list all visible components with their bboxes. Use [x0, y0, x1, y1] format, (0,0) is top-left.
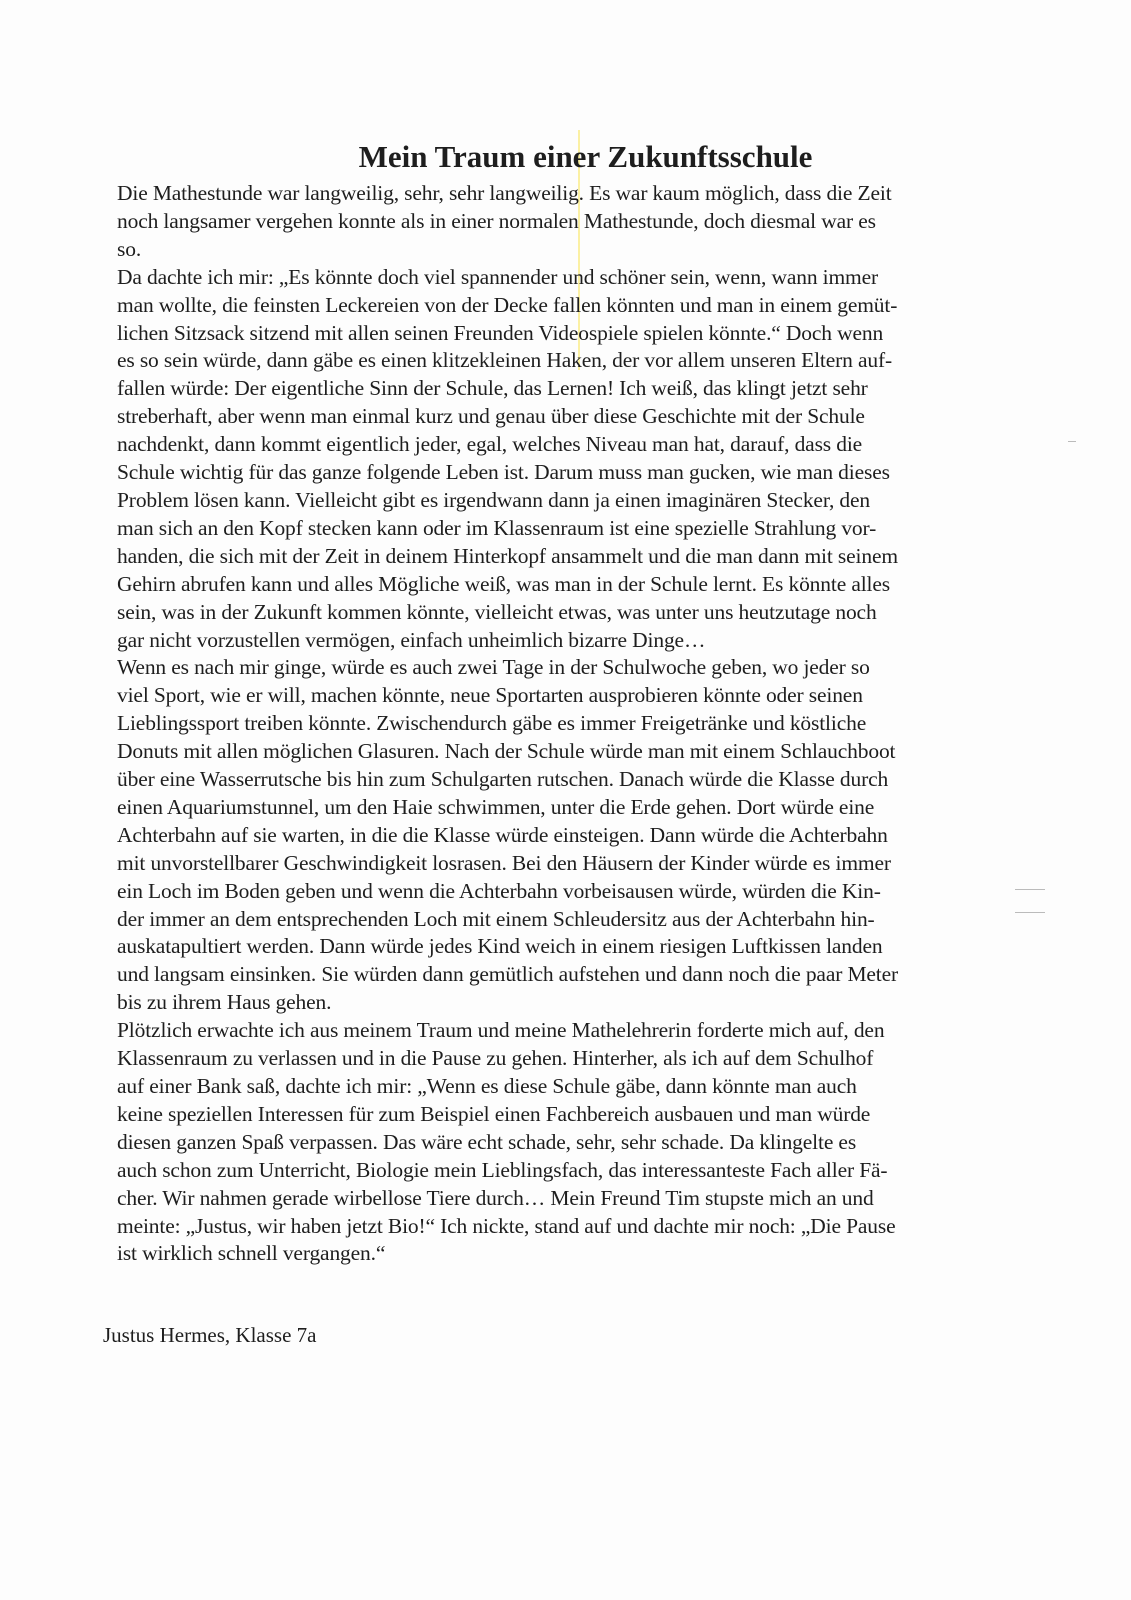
text-line: Achterbahn auf sie warten, in die die Kl… — [117, 822, 1017, 850]
text-line: nachdenkt, dann kommt eigentlich jeder, … — [117, 431, 1017, 459]
text-line: handen, die sich mit der Zeit in deinem … — [117, 543, 1017, 571]
text-line: diesen ganzen Spaß verpassen. Das wäre e… — [117, 1129, 1017, 1157]
text-line: auch schon zum Unterricht, Biologie mein… — [117, 1157, 1017, 1185]
text-line: Klassenraum zu verlassen und in die Paus… — [117, 1045, 1017, 1073]
text-line: es so sein würde, dann gäbe es einen kli… — [117, 347, 1017, 375]
text-line: man wollte, die feinsten Leckereien von … — [117, 292, 1017, 320]
text-line: Gehirn abrufen kann und alles Mögliche w… — [117, 571, 1017, 599]
text-line: mit unvorstellbarer Geschwindigkeit losr… — [117, 850, 1017, 878]
text-line: Donuts mit allen möglichen Glasuren. Nac… — [117, 738, 1017, 766]
text-line: Die Mathestunde war langweilig, sehr, se… — [117, 180, 1017, 208]
text-line: und langsam einsinken. Sie würden dann g… — [117, 961, 1017, 989]
author-signature: Justus Hermes, Klasse 7a — [103, 1323, 316, 1348]
document-body: Die Mathestunde war langweilig, sehr, se… — [117, 180, 1017, 1268]
text-line: cher. Wir nahmen gerade wirbellose Tiere… — [117, 1185, 1017, 1213]
text-line: noch langsamer vergehen konnte als in ei… — [117, 208, 1017, 236]
text-line: ein Loch im Boden geben und wenn die Ach… — [117, 878, 1017, 906]
text-line: Plötzlich erwachte ich aus meinem Traum … — [117, 1017, 1017, 1045]
text-line: über eine Wasserrutsche bis hin zum Schu… — [117, 766, 1017, 794]
scan-artifact-mark — [1015, 912, 1045, 913]
text-line: bis zu ihrem Haus gehen. — [117, 989, 1017, 1017]
text-line: Schule wichtig für das ganze folgende Le… — [117, 459, 1017, 487]
scan-artifact-mark — [1015, 889, 1045, 890]
text-line: meinte: „Justus, wir haben jetzt Bio!“ I… — [117, 1213, 1017, 1241]
text-line: der immer an dem entsprechenden Loch mit… — [117, 906, 1017, 934]
text-line: man sich an den Kopf stecken kann oder i… — [117, 515, 1017, 543]
text-line: fallen würde: Der eigentliche Sinn der S… — [117, 375, 1017, 403]
page-title: Mein Traum einer Zukunftsschule — [20, 139, 1131, 175]
text-line: lichen Sitzsack sitzend mit allen seinen… — [117, 320, 1017, 348]
text-line: so. — [117, 236, 1017, 264]
text-line: sein, was in der Zukunft kommen könnte, … — [117, 599, 1017, 627]
scan-artifact-mark — [1068, 441, 1076, 442]
text-line: einen Aquariumstunnel, um den Haie schwi… — [117, 794, 1017, 822]
text-line: keine speziellen Interessen für zum Beis… — [117, 1101, 1017, 1129]
text-line: Da dachte ich mir: „Es könnte doch viel … — [117, 264, 1017, 292]
text-line: streberhaft, aber wenn man einmal kurz u… — [117, 403, 1017, 431]
text-line: auskatapultiert werden. Dann würde jedes… — [117, 933, 1017, 961]
text-line: ist wirklich schnell vergangen.“ — [117, 1240, 1017, 1268]
text-line: Wenn es nach mir ginge, würde es auch zw… — [117, 654, 1017, 682]
text-line: Problem lösen kann. Vielleicht gibt es i… — [117, 487, 1017, 515]
text-line: gar nicht vorzustellen vermögen, einfach… — [117, 627, 1017, 655]
text-line: viel Sport, wie er will, machen könnte, … — [117, 682, 1017, 710]
text-line: Lieblingssport treiben könnte. Zwischend… — [117, 710, 1017, 738]
text-line: auf einer Bank saß, dachte ich mir: „Wen… — [117, 1073, 1017, 1101]
